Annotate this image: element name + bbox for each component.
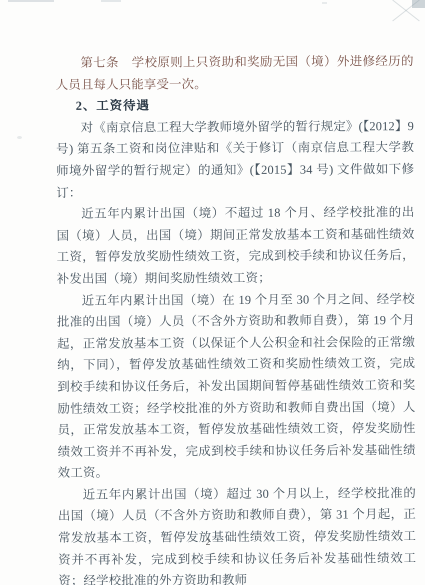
revision-intro: 对《南京信息工程大学教师境外留学的暂行规定》(【2012】9 号) 第五条工资和… <box>56 116 414 204</box>
scan-edge-mark <box>8 0 54 2</box>
section-heading-salary: 2、工资待遇 <box>56 94 414 117</box>
clause-over-30-months: 近五年内累计出国（境）超过 30 个月以上，经学校批准的出国（境）人员（不含外方… <box>58 483 417 585</box>
scan-speck <box>17 136 22 139</box>
fold-crease-line <box>392 0 419 21</box>
fold-crease-line <box>392 0 419 21</box>
document-content: 第七条 学校原则上只资助和奖励无国（境）外进修经历的人员且每人只能享受一次。2、… <box>56 51 417 585</box>
page-corner-fold <box>412 0 425 8</box>
clause-within-18-months: 近五年内累计出国（境）不超过 18 个月、经学校批准的出国（境）人员，出国（境）… <box>56 202 414 290</box>
article-7-clause: 第七条 学校原则上只资助和奖励无国（境）外进修经历的人员且每人只能享受一次。 <box>56 51 414 96</box>
paragraphs: 第七条 学校原则上只资助和奖励无国（境）外进修经历的人员且每人只能享受一次。2、… <box>56 51 417 585</box>
scan-speck <box>322 2 327 4</box>
document-page: 第七条 学校原则上只资助和奖励无国（境）外进修经历的人员且每人只能享受一次。2、… <box>0 0 425 585</box>
scan-edge-mark <box>101 0 121 2</box>
page-number: 2 <box>198 538 218 548</box>
clause-19-to-30-months: 近五年内累计出国（境）在 19 个月至 30 个月之间、经学校批准的出国（境）人… <box>57 289 416 485</box>
